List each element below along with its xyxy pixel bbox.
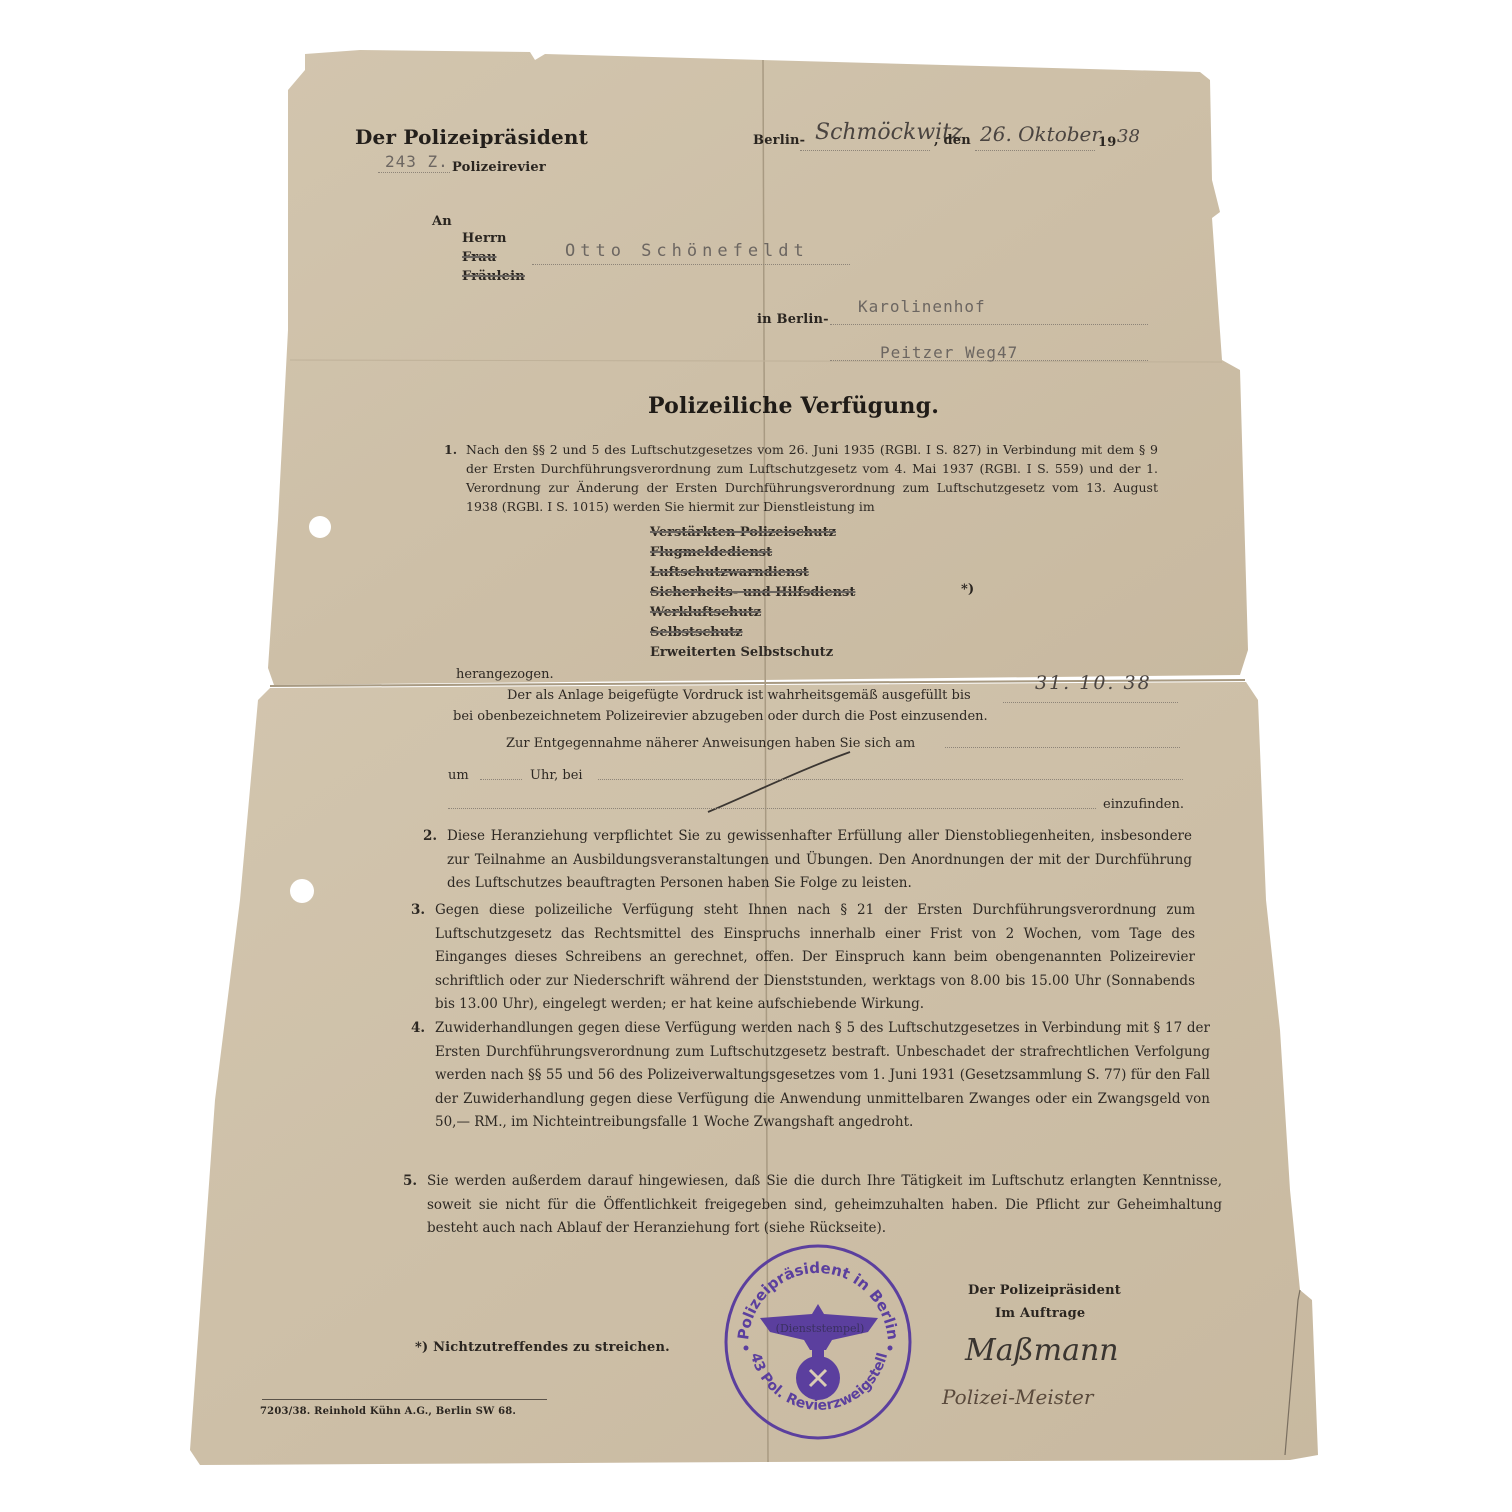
section-2-text: Diese Heranziehung verpflichtet Sie zu g… [447, 828, 1192, 891]
signature-on-behalf: Im Auftrage [995, 1306, 1085, 1321]
section-2-number: 2. [423, 825, 437, 849]
signature: Maßmann [965, 1333, 1119, 1368]
section-5-number: 5. [403, 1170, 417, 1194]
section-1-closing: herangezogen. [456, 664, 554, 686]
footer-divider [262, 1399, 547, 1400]
city-label: in Berlin- [757, 312, 829, 327]
stamp-center-text: (Dienststempel) [776, 1322, 865, 1335]
punch-hole-upper [309, 516, 331, 538]
section-2: 2. Diese Heranziehung verpflichtet Sie z… [447, 825, 1192, 896]
section-4-number: 4. [411, 1017, 425, 1041]
report-closing: einzufinden. [1103, 794, 1184, 816]
report-line: Zur Entgegennahme näherer Anweisungen ha… [506, 733, 915, 755]
date-prefix: , den [934, 133, 971, 148]
form-deadline-handwritten: 31. 10. 38 [1035, 672, 1152, 694]
section-4-text: Zuwiderhandlungen gegen diese Verfügung … [435, 1020, 1210, 1130]
section-1: 1. Nach den §§ 2 und 5 des Luftschutzges… [466, 440, 1158, 516]
year-printed: 19 [1098, 135, 1117, 150]
precinct-number: 243 Z. [385, 152, 449, 171]
service-option: Sicherheits- und Hilfsdienst [650, 585, 855, 600]
footnote-marker: *) [961, 582, 974, 597]
date-handwritten: 26. Oktober [980, 122, 1101, 146]
section-3-number: 3. [411, 899, 425, 923]
precinct-label: Polizeirevier [452, 160, 546, 175]
section-1-text: Nach den §§ 2 und 5 des Luftschutzgesetz… [466, 442, 1158, 514]
signature-authority: Der Polizeipräsident [968, 1283, 1121, 1298]
official-stamp: Polizeipräsident in Berlin 243 Pol. Revi… [720, 1240, 915, 1440]
section-3-text: Gegen diese polizeiliche Verfügung steht… [435, 902, 1195, 1012]
service-option: Werkluftschutz [650, 605, 761, 620]
section-3: 3. Gegen diese polizeiliche Verfügung st… [435, 899, 1195, 1017]
year-handwritten: 38 [1117, 126, 1140, 147]
document-title: Polizeiliche Verfügung. [648, 393, 939, 419]
service-option-selected: Erweiterten Selbstschutz [650, 645, 833, 660]
punch-hole-lower [290, 879, 314, 903]
service-option: Flugmeldedienst [650, 545, 772, 560]
footnote-text: *) Nichtzutreffendes zu streichen. [415, 1340, 670, 1355]
header-authority: Der Polizeipräsident [355, 125, 588, 149]
form-deadline-line: Der als Anlage beigefügte Vordruck ist w… [507, 685, 971, 707]
section-5: 5. Sie werden außerdem darauf hingewiese… [427, 1170, 1222, 1241]
service-option: Luftschutzwarndienst [650, 565, 809, 580]
salutation-herrn: Herrn [462, 231, 507, 246]
section-5-text: Sie werden außerdem darauf hingewiesen, … [427, 1173, 1222, 1236]
form-return-line: bei obenbezeichnetem Polizeirevier abzug… [453, 706, 988, 728]
salutation-fraeulein: Fräulein [462, 269, 525, 284]
section-4: 4. Zuwiderhandlungen gegen diese Verfügu… [435, 1017, 1210, 1135]
service-option: Verstärkten Polizeischutz [650, 525, 836, 540]
section-1-number: 1. [444, 440, 457, 459]
place-prefix: Berlin- [753, 133, 805, 148]
time-prefix: um [448, 765, 469, 787]
recipient-name: Otto Schönefeldt [565, 241, 809, 261]
service-option: Selbstschutz [650, 625, 743, 640]
recipient-district: Karolinenhof [858, 297, 986, 316]
time-suffix: Uhr, bei [530, 765, 583, 787]
salutation-frau: Frau [462, 250, 497, 265]
to-label: An [432, 214, 452, 229]
printer-line: 7203/38. Reinhold Kühn A.G., Berlin SW 6… [260, 1406, 516, 1417]
signature-rank: Polizei-Meister [942, 1385, 1093, 1409]
